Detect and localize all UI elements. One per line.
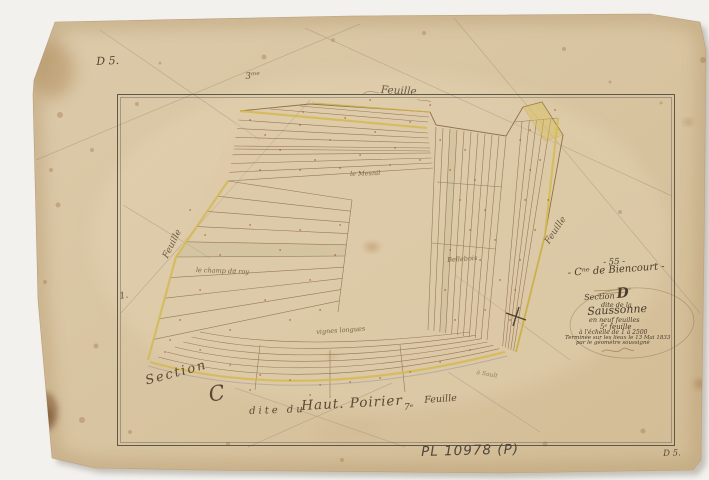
bottom-section-feuille-no: 7ᵉ <box>404 404 413 413</box>
corner-mark-top-left: D 5. <box>96 55 119 67</box>
bottom-section-dite: dite du <box>249 405 306 417</box>
corner-mark-bottom-right: D 5. <box>663 449 681 458</box>
lieu-dit-label: Bellebois <box>447 255 478 264</box>
cartouche-section-letter: D <box>616 286 629 301</box>
adjacent-sheet-top-label: Feuille <box>380 85 416 97</box>
lieu-dit-label: le champ du roy <box>196 267 249 275</box>
bottom-section-feuille-word: Feuille <box>424 394 457 406</box>
scanned-map-page: D 5. 3ᵐᵉ Feuille Feuille Feuille 1. le M… <box>0 0 709 480</box>
lieu-dit-label: le Mesnil <box>350 170 380 178</box>
adjacent-sheet-top-ordinal: 3ᵐᵉ <box>245 71 261 81</box>
plate-reference: PL 10978 (P) <box>421 443 519 459</box>
cartouche-geometre: par le géomètre soussigné <box>576 341 650 347</box>
adjacent-sheet-left-mark: 1. <box>119 292 129 302</box>
cartouche-lieu-dit: Saussonne <box>587 303 647 317</box>
bottom-section-letter: C <box>207 382 226 405</box>
